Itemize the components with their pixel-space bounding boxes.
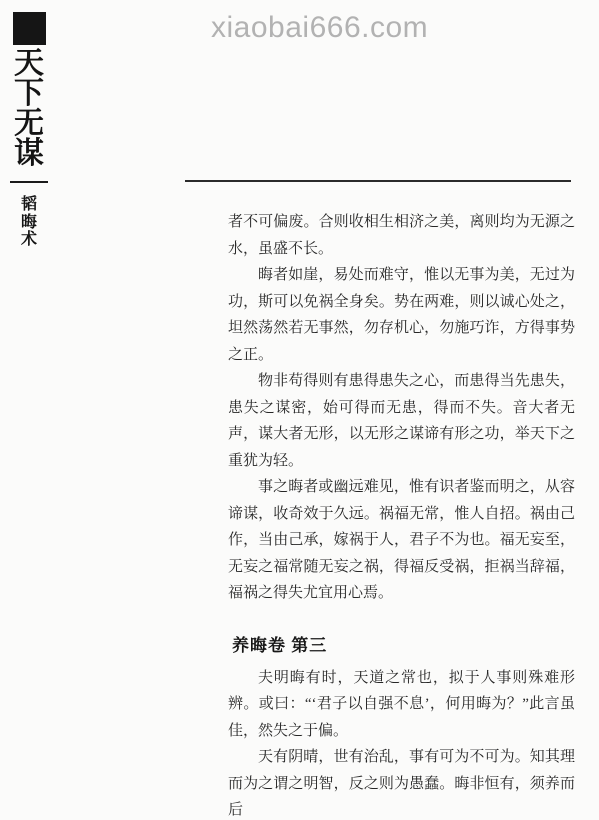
body-paragraph: 晦者如崖，易处而难守，惟以无事为美，无过为功，斯可以免祸全身矣。势在两难，则以诚… <box>228 262 575 368</box>
watermark-text: xiaobai666.com <box>211 11 428 45</box>
series-title-char: 无 <box>14 109 44 139</box>
body-paragraph: 天有阴晴，世有治乱，事有可为不可为。知其理而为之谓之明智，反之则为愚蠢。晦非恒有… <box>228 744 575 820</box>
series-title-char: 谋 <box>14 139 44 169</box>
body-paragraph: 物非苟得则有患得患失之心，而患得当先患失，患失之谋密，始可得而无患，得而不失。音… <box>228 368 575 474</box>
body-paragraph: 者不可偏废。合则收相生相济之美，离则均为无源之水，虽盛不长。 <box>228 209 575 262</box>
book-series-title: 天 下 无 谋 <box>14 49 44 169</box>
book-page: 天 下 无 谋 韬 晦 术 xiaobai666.com 者不可偏废。合则收相生… <box>0 0 599 820</box>
subtitle-char: 晦 <box>21 214 37 232</box>
series-title-char: 下 <box>14 79 44 109</box>
body-paragraph: 夫明晦有时，天道之常也，拟于人事则殊难形辨。或曰：“‘君子以自强不息’，何用晦为… <box>228 665 575 745</box>
header-rule <box>185 180 571 182</box>
spine-divider <box>10 181 48 183</box>
page-content: 者不可偏废。合则收相生相济之美，离则均为无源之水，虽盛不长。 晦者如崖，易处而难… <box>228 209 575 820</box>
section-heading: 养晦卷 第三 <box>232 631 575 656</box>
spine-square-mark <box>13 12 46 45</box>
subtitle-char: 韬 <box>21 196 37 214</box>
spine: 天 下 无 谋 韬 晦 术 <box>10 12 48 249</box>
book-subtitle: 韬 晦 术 <box>21 196 37 249</box>
subtitle-char: 术 <box>21 231 37 249</box>
series-title-char: 天 <box>14 49 44 79</box>
body-paragraph: 事之晦者或幽远难见，惟有识者鉴而明之，从容谛谋，收奇效于久远。祸福无常，惟人自招… <box>228 474 575 607</box>
